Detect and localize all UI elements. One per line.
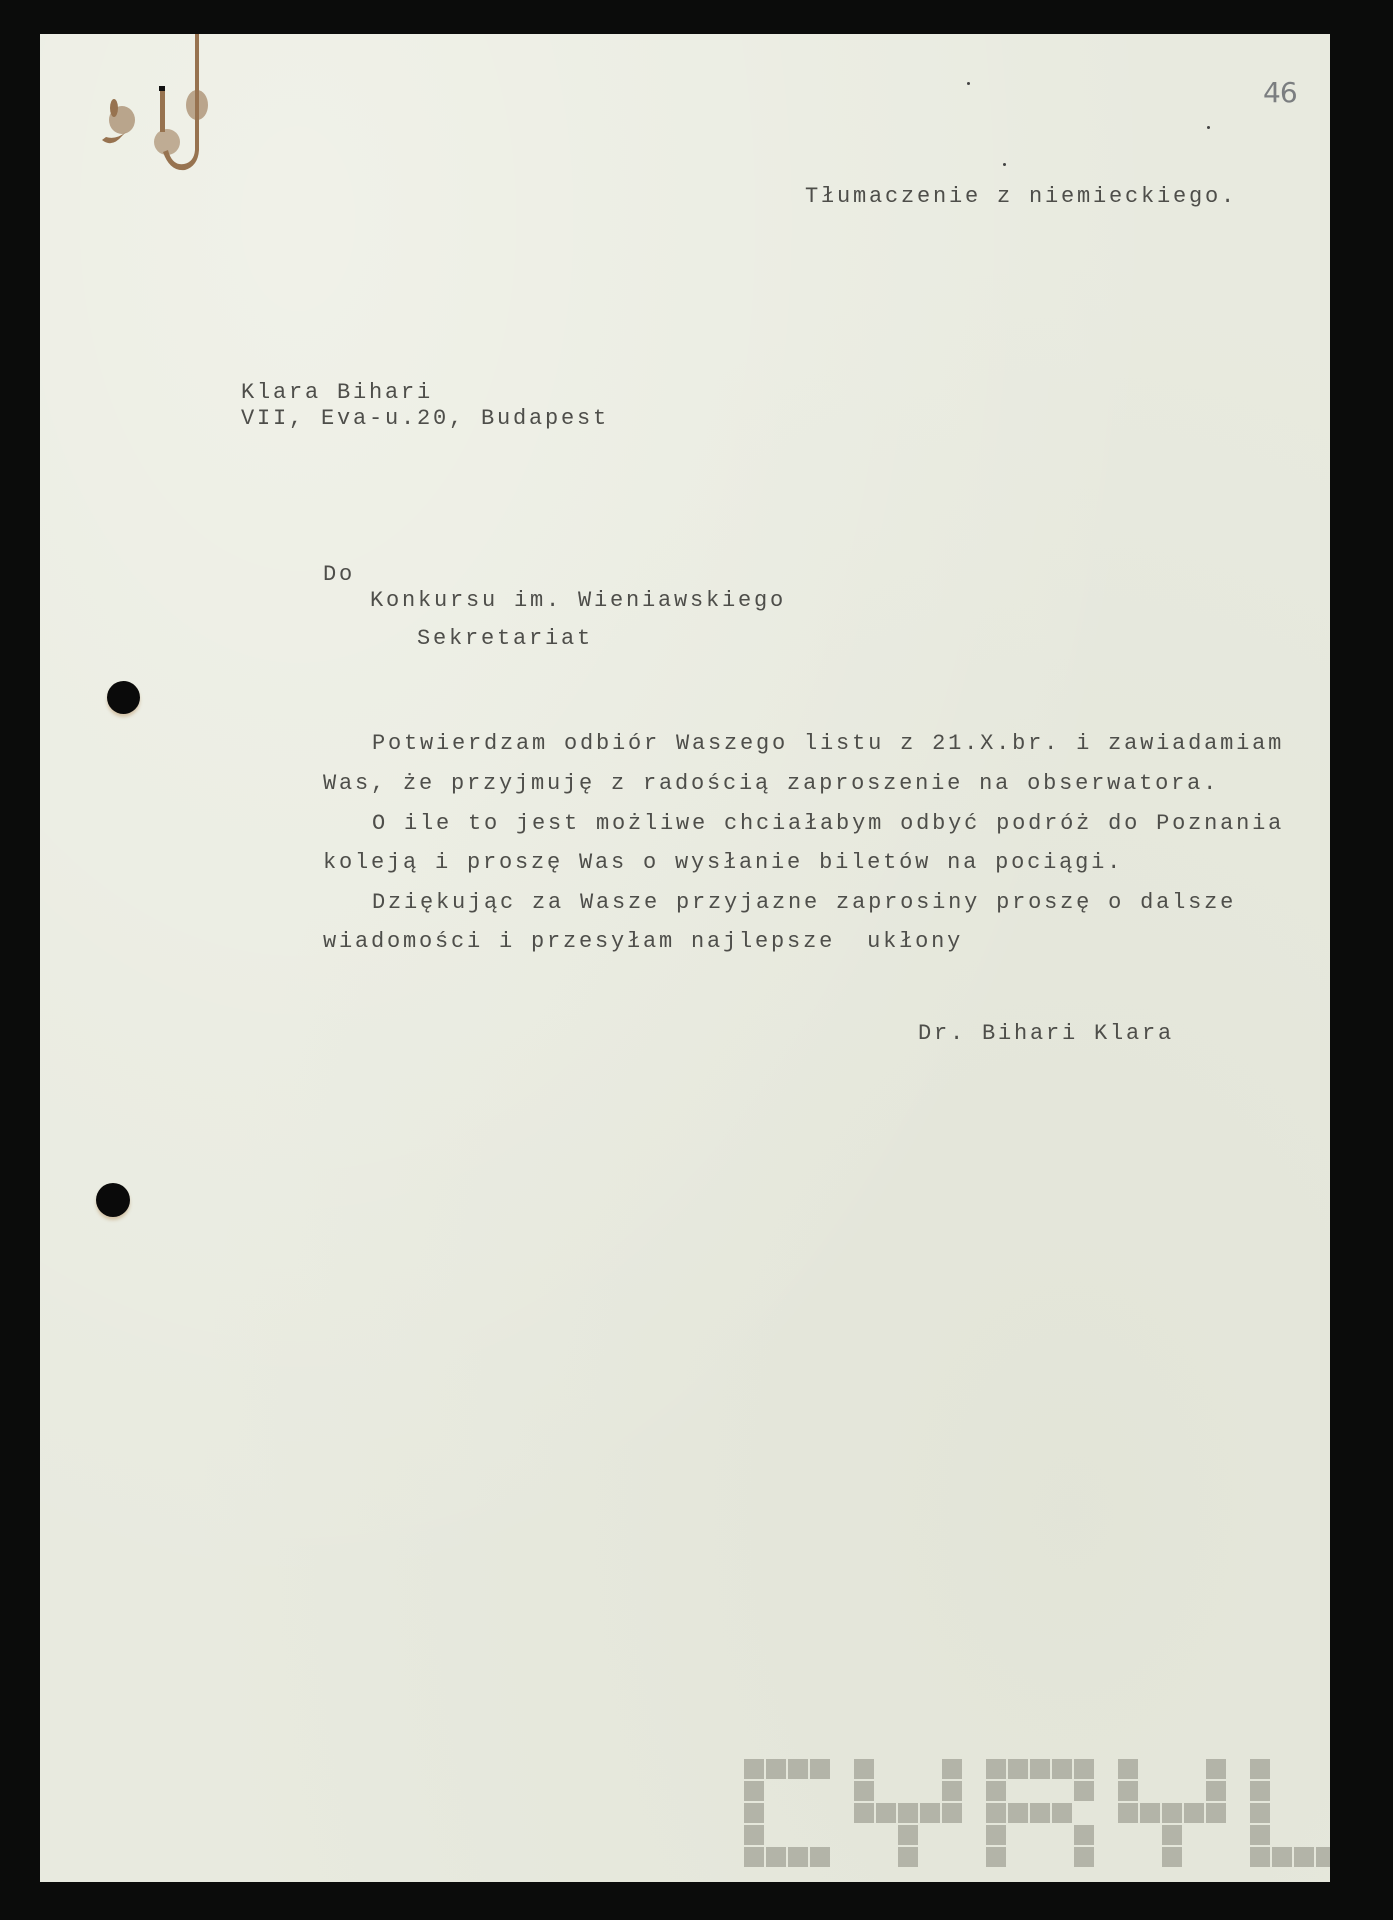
speck	[1207, 126, 1210, 129]
watermark-block	[898, 1825, 918, 1845]
recipient-prefix: Do	[323, 562, 355, 588]
cyryl-watermark	[744, 1759, 1330, 1869]
speck	[967, 82, 970, 85]
watermark-block	[1052, 1759, 1072, 1779]
watermark-block	[1008, 1759, 1028, 1779]
body-line: O ile to jest możliwe chciałabym odbyć p…	[372, 811, 1284, 837]
signature: Dr. Bihari Klara	[918, 1021, 1174, 1047]
rust-stain	[90, 34, 220, 184]
watermark-block	[1206, 1781, 1226, 1801]
watermark-block	[986, 1781, 1006, 1801]
watermark-block	[744, 1803, 764, 1823]
watermark-block	[1162, 1847, 1182, 1867]
document-page	[40, 34, 1330, 1882]
watermark-block	[1184, 1803, 1204, 1823]
sender-name: Klara Bihari	[241, 380, 433, 406]
watermark-block	[1206, 1759, 1226, 1779]
watermark-block	[788, 1759, 808, 1779]
watermark-block	[1250, 1825, 1270, 1845]
watermark-block	[1250, 1847, 1270, 1867]
recipient-line1: Konkursu im. Wieniawskiego	[370, 588, 786, 614]
watermark-block	[1118, 1781, 1138, 1801]
watermark-block	[986, 1825, 1006, 1845]
header-note: Tłumaczenie z niemieckiego.	[805, 184, 1237, 210]
body-line: koleją i proszę Was o wysłanie biletów n…	[323, 850, 1123, 876]
watermark-block	[1008, 1803, 1028, 1823]
watermark-block	[942, 1781, 962, 1801]
watermark-block	[1272, 1847, 1292, 1867]
watermark-block	[1052, 1803, 1072, 1823]
watermark-block	[854, 1759, 874, 1779]
watermark-block	[744, 1847, 764, 1867]
watermark-block	[744, 1781, 764, 1801]
watermark-block	[1074, 1825, 1094, 1845]
watermark-block	[810, 1847, 830, 1867]
watermark-block	[1206, 1803, 1226, 1823]
watermark-block	[744, 1759, 764, 1779]
sender-address: VII, Eva-u.20, Budapest	[241, 406, 609, 432]
watermark-block	[1294, 1847, 1314, 1867]
watermark-block	[1316, 1847, 1330, 1867]
watermark-block	[1074, 1847, 1094, 1867]
watermark-block	[942, 1803, 962, 1823]
watermark-block	[986, 1803, 1006, 1823]
watermark-block	[1162, 1803, 1182, 1823]
body-line: wiadomości i przesyłam najlepsze ukłony	[323, 929, 963, 955]
watermark-block	[766, 1759, 786, 1779]
watermark-block	[744, 1825, 764, 1845]
watermark-block	[1074, 1759, 1094, 1779]
watermark-block	[1250, 1803, 1270, 1823]
watermark-block	[766, 1847, 786, 1867]
watermark-block	[986, 1759, 1006, 1779]
speck	[1003, 163, 1006, 166]
watermark-block	[1162, 1825, 1182, 1845]
watermark-block	[810, 1759, 830, 1779]
watermark-block	[1118, 1759, 1138, 1779]
watermark-block	[876, 1803, 896, 1823]
punch-hole	[107, 681, 140, 714]
body-line: Was, że przyjmuję z radością zaproszenie…	[323, 771, 1219, 797]
watermark-block	[920, 1803, 940, 1823]
watermark-block	[1250, 1781, 1270, 1801]
watermark-block	[898, 1847, 918, 1867]
body-line: Dziękując za Wasze przyjazne zaprosiny p…	[372, 890, 1236, 916]
watermark-block	[1118, 1803, 1138, 1823]
body-line: Potwierdzam odbiór Waszego listu z 21.X.…	[372, 731, 1284, 757]
page-number: 46	[1263, 76, 1297, 109]
recipient-line2: Sekretariat	[417, 626, 593, 652]
watermark-block	[942, 1759, 962, 1779]
watermark-block	[986, 1847, 1006, 1867]
watermark-block	[1140, 1803, 1160, 1823]
watermark-block	[1074, 1781, 1094, 1801]
punch-hole	[96, 1183, 130, 1217]
watermark-block	[1030, 1759, 1050, 1779]
watermark-block	[788, 1847, 808, 1867]
watermark-block	[898, 1803, 918, 1823]
watermark-block	[1250, 1759, 1270, 1779]
watermark-block	[854, 1781, 874, 1801]
watermark-block	[854, 1803, 874, 1823]
watermark-block	[1030, 1803, 1050, 1823]
